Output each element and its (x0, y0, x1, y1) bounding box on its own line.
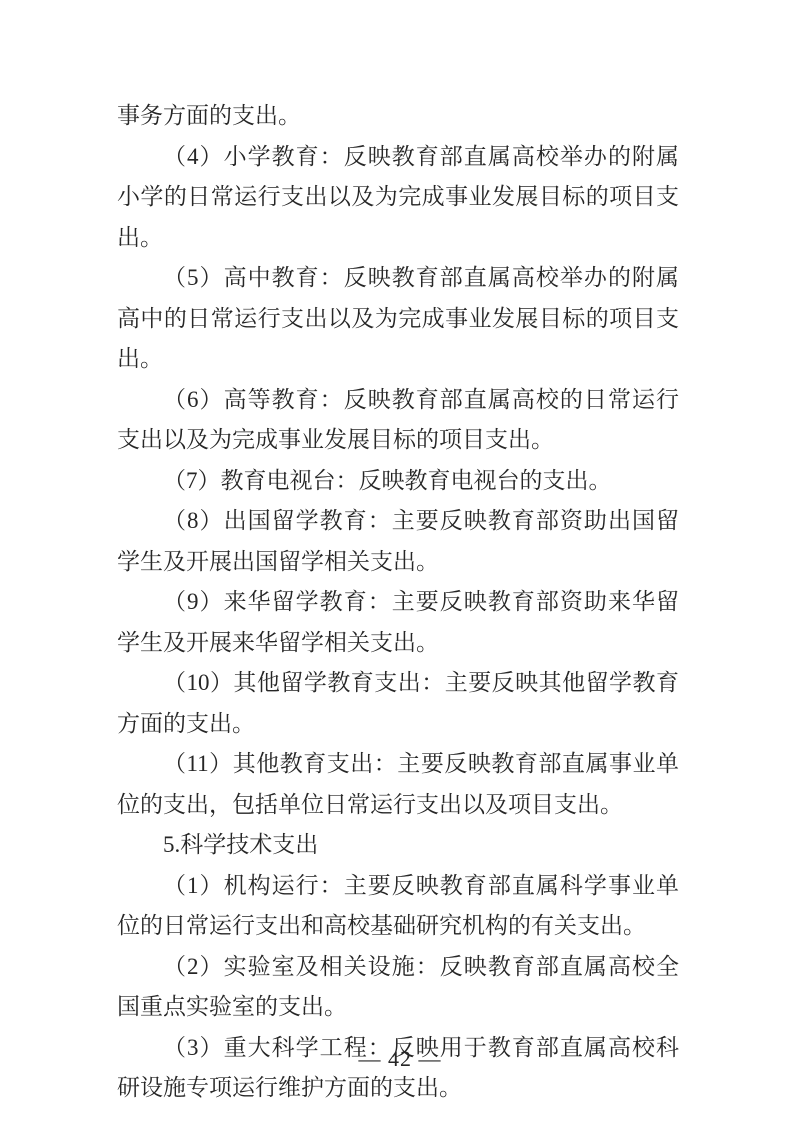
paragraph: （8）出国留学教育：主要反映教育部资助出国留学生及开展出国留学相关支出。 (117, 501, 679, 582)
paragraph: （1）机构运行：主要反映教育部直属科学事业单位的日常运行支出和高校基础研究机构的… (117, 866, 679, 947)
paragraph: （2）实验室及相关设施：反映教育部直属高校全国重点实验室的支出。 (117, 947, 679, 1028)
paragraph: （5）高中教育：反映教育部直属高校举办的附属高中的日常运行支出以及为完成事业发展… (117, 258, 679, 380)
text-block: 事务方面的支出。（4）小学教育：反映教育部直属高校举办的附属小学的日常运行支出以… (117, 96, 679, 1109)
paragraph: （9）来华留学教育：主要反映教育部资助来华留学生及开展来华留学相关支出。 (117, 582, 679, 663)
page-number: — 42 — (0, 1046, 800, 1072)
paragraph: （10）其他留学教育支出：主要反映其他留学教育方面的支出。 (117, 663, 679, 744)
paragraph: 事务方面的支出。 (117, 96, 679, 137)
document-page: 事务方面的支出。（4）小学教育：反映教育部直属高校举办的附属小学的日常运行支出以… (0, 0, 800, 1131)
paragraph: （11）其他教育支出：主要反映教育部直属事业单位的支出，包括单位日常运行支出以及… (117, 744, 679, 825)
paragraph: 5.科学技术支出 (117, 825, 679, 866)
paragraph: （4）小学教育：反映教育部直属高校举办的附属小学的日常运行支出以及为完成事业发展… (117, 137, 679, 259)
paragraph: （6）高等教育：反映教育部直属高校的日常运行支出以及为完成事业发展目标的项目支出… (117, 380, 679, 461)
paragraph: （7）教育电视台：反映教育电视台的支出。 (117, 461, 679, 502)
